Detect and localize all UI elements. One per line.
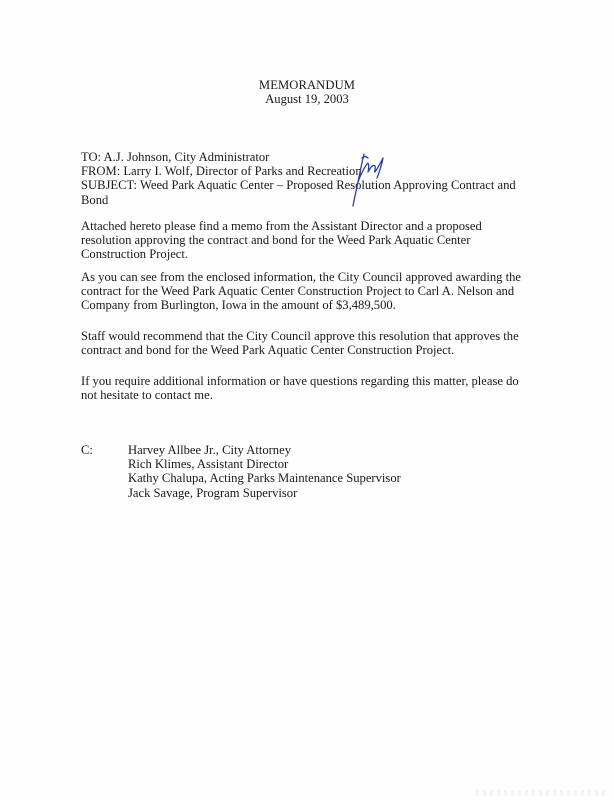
paragraph-line: Staff would recommend that the City Coun… [81,329,581,343]
cc-label: C: [81,443,93,457]
signature-initials-icon [350,150,390,208]
paragraph-line: Construction Project. [81,247,581,261]
cc-recipient: Rich Klimes, Assistant Director [128,457,401,471]
memo-date: August 19, 2003 [0,92,614,106]
memo-title: MEMORANDUM [0,78,614,92]
from-line: FROM: Larry I. Wolf, Director of Parks a… [81,164,581,178]
paragraph-line: contract and bond for the Weed Park Aqua… [81,343,581,357]
paragraph-line: Company from Burlington, Iowa in the amo… [81,298,581,312]
paragraph-line: Attached hereto please find a memo from … [81,219,581,233]
paragraph-council-approval: As you can see from the enclosed informa… [81,270,581,313]
subject-line-continued: Bond [81,193,581,207]
memo-header: MEMORANDUM August 19, 2003 [0,78,614,106]
cc-recipient: Harvey Allbee Jr., City Attorney [128,443,401,457]
paragraph-attached: Attached hereto please find a memo from … [81,219,581,262]
paragraph-line: not hesitate to contact me. [81,388,581,402]
paragraph-line: resolution approving the contract and bo… [81,233,581,247]
routing-block: TO: A.J. Johnson, City Administrator FRO… [81,150,581,207]
to-line: TO: A.J. Johnson, City Administrator [81,150,581,164]
paragraph-line: If you require additional information or… [81,374,581,388]
memo-page: MEMORANDUM August 19, 2003 TO: A.J. John… [0,0,614,800]
cc-recipient: Kathy Chalupa, Acting Parks Maintenance … [128,471,401,485]
cc-recipient-list: Harvey Allbee Jr., City Attorney Rich Kl… [128,443,401,500]
paragraph-contact: If you require additional information or… [81,374,581,402]
subject-line: SUBJECT: Weed Park Aquatic Center – Prop… [81,178,581,192]
scan-noise [476,790,606,796]
paragraph-line: contract for the Weed Park Aquatic Cente… [81,284,581,298]
paragraph-line: As you can see from the enclosed informa… [81,270,581,284]
paragraph-recommendation: Staff would recommend that the City Coun… [81,329,581,357]
cc-recipient: Jack Savage, Program Supervisor [128,486,401,500]
